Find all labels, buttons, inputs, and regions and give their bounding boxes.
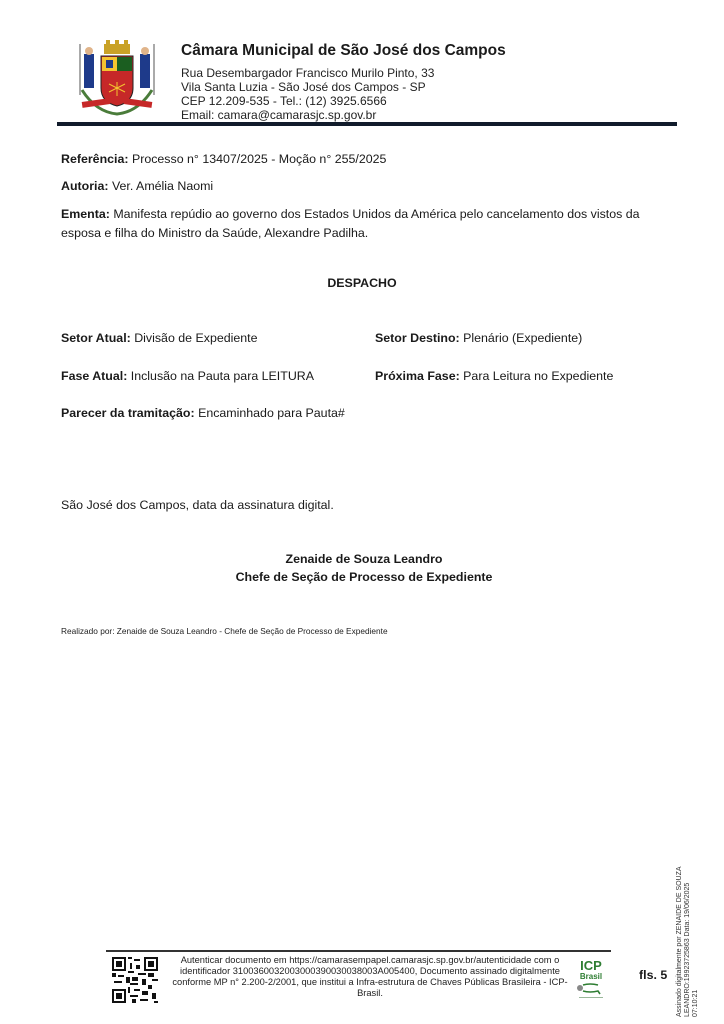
referencia-field: Referência: Processo n° 13407/2025 - Moç… bbox=[61, 152, 386, 166]
setor-atual-label: Setor Atual: bbox=[61, 331, 131, 345]
setor-atual-value: Divisão de Expediente bbox=[131, 331, 258, 345]
key-icon bbox=[576, 981, 606, 1001]
proxima-fase-field: Próxima Fase: Para Leitura no Expediente bbox=[375, 369, 613, 383]
address-line: Vila Santa Luzia - São José dos Campos -… bbox=[181, 80, 426, 94]
signer-role: Chefe de Seção de Processo de Expediente bbox=[229, 570, 499, 584]
signer-name: Zenaide de Souza Leandro bbox=[229, 552, 499, 566]
ementa-label: Ementa: bbox=[61, 207, 110, 221]
icp-brasil-logo: ICP Brasil bbox=[576, 960, 606, 1004]
institution-title: Câmara Municipal de São José dos Campos bbox=[181, 42, 506, 60]
signature-stamp-line: LEANDRO:19923725863 Data: 19/06/2025 bbox=[684, 847, 692, 1017]
signature-stamp-line: Assinado digitalmente por ZENAIDE DE SOU… bbox=[676, 847, 684, 1017]
autoria-field: Autoria: Ver. Amélia Naomi bbox=[61, 179, 213, 193]
footer-divider bbox=[106, 950, 611, 952]
email-line: Email: camara@camarasjc.sp.gov.br bbox=[181, 108, 376, 122]
icp-logo-subtext: Brasil bbox=[576, 972, 606, 981]
referencia-value: Processo n° 13407/2025 - Moção n° 255/20… bbox=[129, 152, 387, 166]
fase-atual-value: Inclusão na Pauta para LEITURA bbox=[127, 369, 314, 383]
despacho-title: DESPACHO bbox=[0, 276, 724, 290]
authentication-notice: Autenticar documento em https://camarase… bbox=[170, 955, 570, 999]
ementa-value: Manifesta repúdio ao governo dos Estados… bbox=[61, 207, 640, 240]
digital-signature-stamp: Assinado digitalmente por ZENAIDE DE SOU… bbox=[676, 847, 700, 1017]
autoria-value: Ver. Amélia Naomi bbox=[109, 179, 214, 193]
header-divider bbox=[57, 122, 677, 126]
parecer-value: Encaminhado para Pauta# bbox=[195, 406, 345, 420]
realizado-por: Realizado por: Zenaide de Souza Leandro … bbox=[61, 626, 388, 636]
setor-destino-value: Plenário (Expediente) bbox=[460, 331, 583, 345]
signature-stamp-line: 07:10:21 bbox=[692, 847, 700, 1017]
referencia-label: Referência: bbox=[61, 152, 129, 166]
setor-atual-field: Setor Atual: Divisão de Expediente bbox=[61, 331, 258, 345]
parecer-field: Parecer da tramitação: Encaminhado para … bbox=[61, 406, 345, 420]
icp-logo-text: ICP bbox=[576, 960, 606, 972]
coat-of-arms-logo bbox=[76, 40, 158, 120]
proxima-fase-label: Próxima Fase: bbox=[375, 369, 460, 383]
address-line: Rua Desembargador Francisco Murilo Pinto… bbox=[181, 66, 434, 80]
setor-destino-label: Setor Destino: bbox=[375, 331, 460, 345]
ementa-field: Ementa: Manifesta repúdio ao governo dos… bbox=[61, 205, 671, 243]
fase-atual-label: Fase Atual: bbox=[61, 369, 127, 383]
autoria-label: Autoria: bbox=[61, 179, 109, 193]
parecer-label: Parecer da tramitação: bbox=[61, 406, 195, 420]
qr-code-icon[interactable] bbox=[112, 957, 158, 1003]
proxima-fase-value: Para Leitura no Expediente bbox=[460, 369, 614, 383]
city-date: São José dos Campos, data da assinatura … bbox=[61, 498, 334, 512]
address-line: CEP 12.209-535 - Tel.: (12) 3925.6566 bbox=[181, 94, 387, 108]
fase-atual-field: Fase Atual: Inclusão na Pauta para LEITU… bbox=[61, 369, 314, 383]
setor-destino-field: Setor Destino: Plenário (Expediente) bbox=[375, 331, 582, 345]
page-number: fls. 5 bbox=[639, 968, 667, 982]
